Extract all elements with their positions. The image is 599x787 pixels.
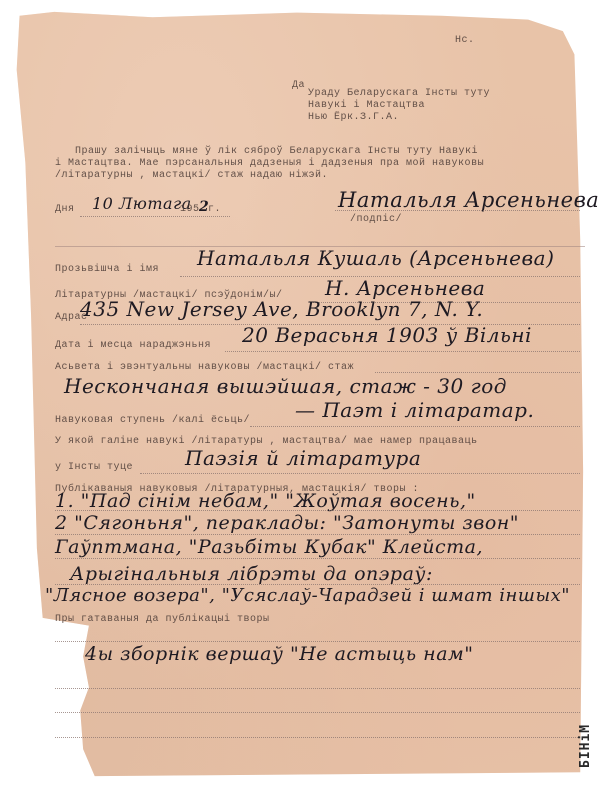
prepared-line — [55, 641, 580, 642]
field-value-institute: Паэзія й літаратура — [185, 446, 421, 470]
field-label-education: Асьвета і эвэнтуальны навуковы /мастацкі… — [55, 362, 354, 373]
prepared-line — [55, 737, 580, 738]
field-label-institute: у Інсты туце — [55, 462, 133, 473]
field-line — [225, 351, 580, 352]
addressee-line2: Навукі і Мастацтва — [308, 100, 425, 111]
prepared-line — [55, 688, 580, 689]
request-line2: і Мастацтва. Мае пэрсанальныя дадзеныя і… — [55, 158, 484, 169]
prepared-line1: 4ы зборнік вершаў "Не астыць нам" — [85, 643, 474, 665]
year-unit: г. — [208, 204, 221, 215]
request-line3: /літаратурны , мастацкі/ стаж надаю ніжэ… — [55, 170, 328, 181]
published-line1: 1. "Пад сінім небам," "Жоўтая восень," — [55, 490, 476, 512]
field-line — [375, 372, 580, 373]
prepared-label: Пры гатаваныя да публікацыі творы — [55, 614, 270, 625]
day-value: 10 Лютага — [92, 194, 192, 213]
field-label-birth: Дата і месца нараджэньня — [55, 340, 211, 351]
published-line3: Гаўптмана, "Разьбіты Кубак" Клейста, — [55, 536, 483, 558]
field-value-name: Натальля Кушаль (Арсеньнева) — [197, 246, 554, 270]
field-line — [250, 426, 580, 427]
signature-line — [335, 210, 580, 211]
field-label-degree: Навуковая ступень /калі ёсьць/ — [55, 415, 250, 426]
addressee-line1: Ураду Беларускага Інсты туту — [308, 88, 490, 99]
field-value-education: Нескончаная вышэйшая, стаж - 30 год — [64, 374, 507, 398]
field-line — [140, 473, 580, 474]
published-line — [55, 510, 580, 511]
date-line — [80, 216, 230, 217]
field-value-birth: 20 Верасьня 1903 ў Вільні — [242, 323, 532, 347]
field-value-address: 435 New Jersey Ave, Brooklyn 7, N. Y. — [80, 297, 483, 321]
published-line4: Арыгінальныя лібрэты да опэраў: — [70, 563, 433, 585]
archive-watermark: БІНіМ — [578, 724, 593, 768]
field-value-degree: — Паэт і літаратар. — [295, 398, 534, 422]
addressee-to: Да — [292, 80, 305, 91]
prepared-line — [55, 712, 580, 713]
addressee-line3: Нью Ёрк.З.Г.А. — [308, 112, 399, 123]
published-line — [55, 558, 580, 559]
signature: Натальля Арсеньнева — [338, 188, 599, 212]
year-prefix: 195 — [180, 204, 200, 215]
signature-label: /подпіс/ — [350, 214, 402, 225]
published-line5: "Лясное возера", "Усяслаў-Чарадзей і шма… — [45, 585, 570, 606]
published-line — [55, 534, 580, 535]
request-line1: Прашу залічыць мяне ў лік сяброў Беларус… — [75, 146, 478, 157]
field-label-name: Прозьвішча і імя — [55, 264, 159, 275]
published-line2: 2 "Сягоньня", пераклады: "Затонуты звон" — [55, 512, 519, 534]
number-label: Нс. — [455, 35, 475, 46]
day-label: Дня — [55, 204, 75, 215]
